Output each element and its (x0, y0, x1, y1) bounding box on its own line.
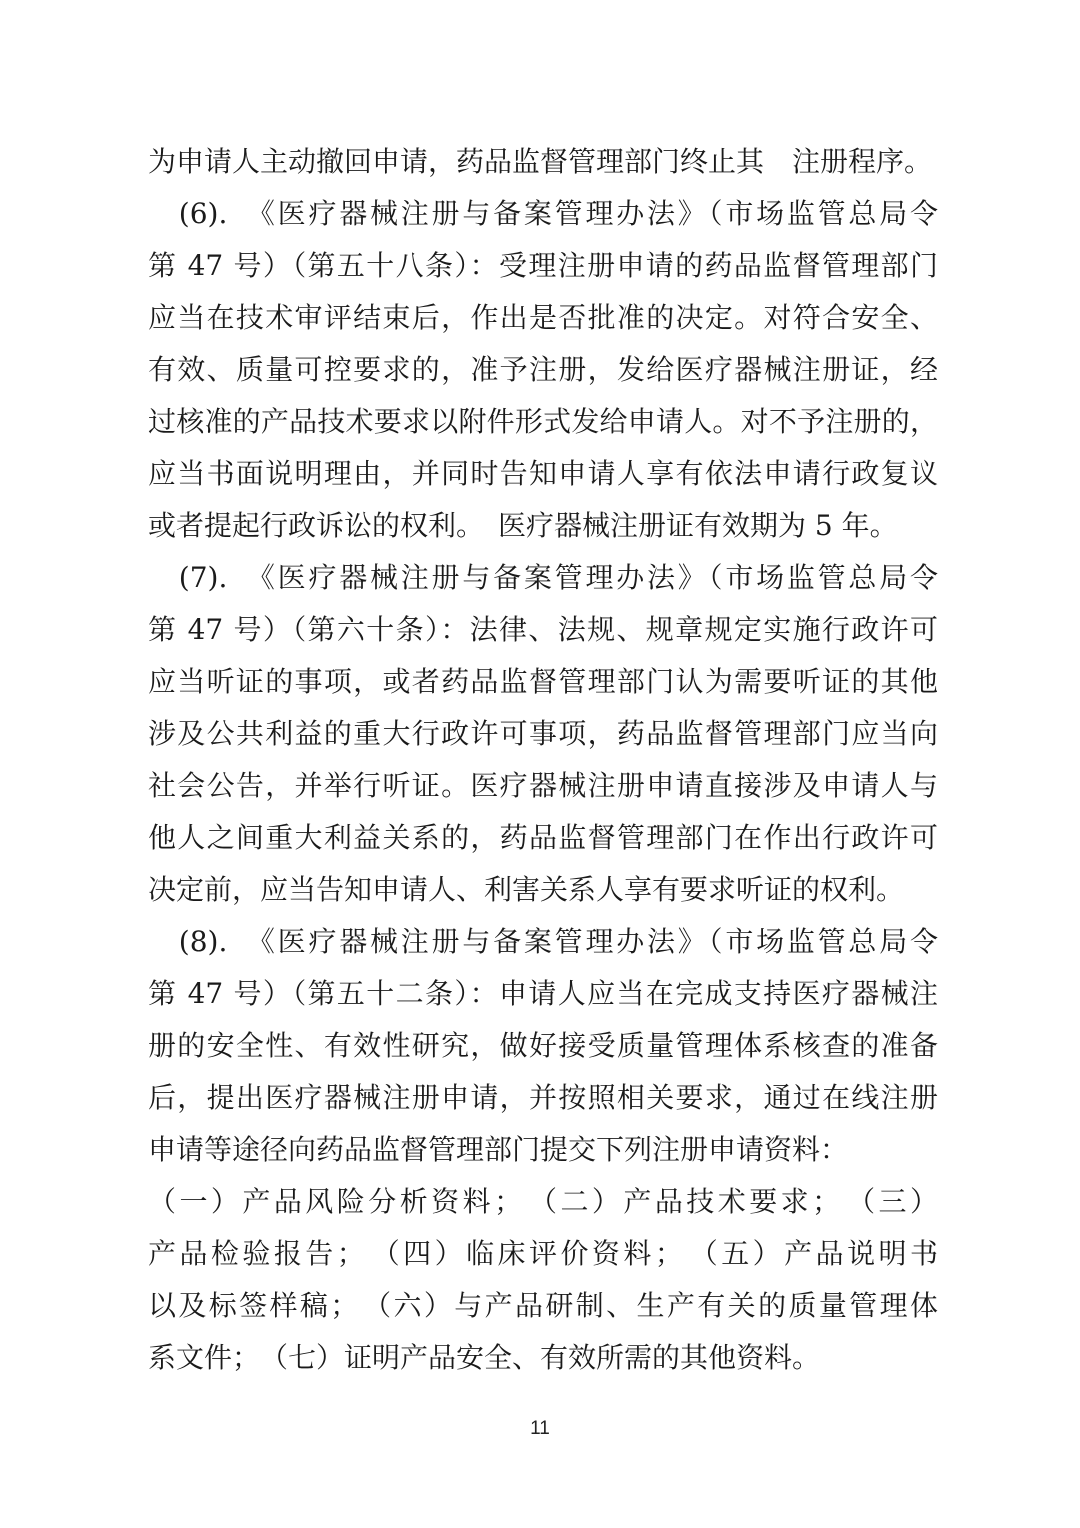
text-line: 社会公告，并举行听证。医疗器械注册申请直接涉及申请人与 (148, 766, 938, 806)
text-line: 后，提出医疗器械注册申请，并按照相关要求，通过在线注册 (148, 1078, 938, 1118)
page-number: 11 (0, 1418, 1080, 1440)
paragraph-6-heading-line: (6). 《医疗器械注册与备案管理办法》（市场监管总局令 (148, 194, 938, 234)
paragraph-7-heading-line: (7). 《医疗器械注册与备案管理办法》（市场监管总局令 (148, 558, 938, 598)
document-page: 为申请人主动撤回申请，药品监督管理部门终止其 注册程序。 (6). 《医疗器械注… (0, 0, 1080, 1528)
list-line: 系文件； （七）证明产品安全、有效所需的其他资料。 (148, 1338, 938, 1378)
text-line: 涉及公共利益的重大行政许可事项，药品监督管理部门应当向 (148, 714, 938, 754)
paragraph-8-heading-line: (8). 《医疗器械注册与备案管理办法》（市场监管总局令 (148, 922, 938, 962)
list-line: （一）产品风险分析资料； （二）产品技术要求； （三） (148, 1182, 938, 1222)
text-line: 第 47 号）（第五十八条）：受理注册申请的药品监督管理部门 (148, 246, 938, 286)
text-line: 应当在技术审评结束后，作出是否批准的决定。对符合安全、 (148, 298, 938, 338)
text-line: 有效、质量可控要求的，准予注册，发给医疗器械注册证，经 (148, 350, 938, 390)
text-line: 他人之间重大利益关系的，药品监督管理部门在作出行政许可 (148, 818, 938, 858)
text-line: 申请等途径向药品监督管理部门提交下列注册申请资料： (148, 1130, 938, 1170)
text-line: 过核准的产品技术要求以附件形式发给申请人。对不予注册的， (148, 402, 938, 442)
text-line: 应当听证的事项，或者药品监督管理部门认为需要听证的其他 (148, 662, 938, 702)
text-line: 第 47 号）（第五十二条）：申请人应当在完成支持医疗器械注 (148, 974, 938, 1014)
text-line: 或者提起行政诉讼的权利。 医疗器械注册证有效期为 5 年。 (148, 506, 938, 546)
text-line: 第 47 号）（第六十条）：法律、法规、规章规定实施行政许可 (148, 610, 938, 650)
list-line: 产品检验报告； （四）临床评价资料； （五）产品说明书 (148, 1234, 938, 1274)
text-line: 为申请人主动撤回申请，药品监督管理部门终止其 注册程序。 (148, 142, 938, 182)
list-line: 以及标签样稿； （六）与产品研制、生产有关的质量管理体 (148, 1286, 938, 1326)
text-line: 决定前，应当告知申请人、利害关系人享有要求听证的权利。 (148, 870, 938, 910)
text-line: 应当书面说明理由，并同时告知申请人享有依法申请行政复议 (148, 454, 938, 494)
text-line: 册的安全性、有效性研究，做好接受质量管理体系核查的准备 (148, 1026, 938, 1066)
